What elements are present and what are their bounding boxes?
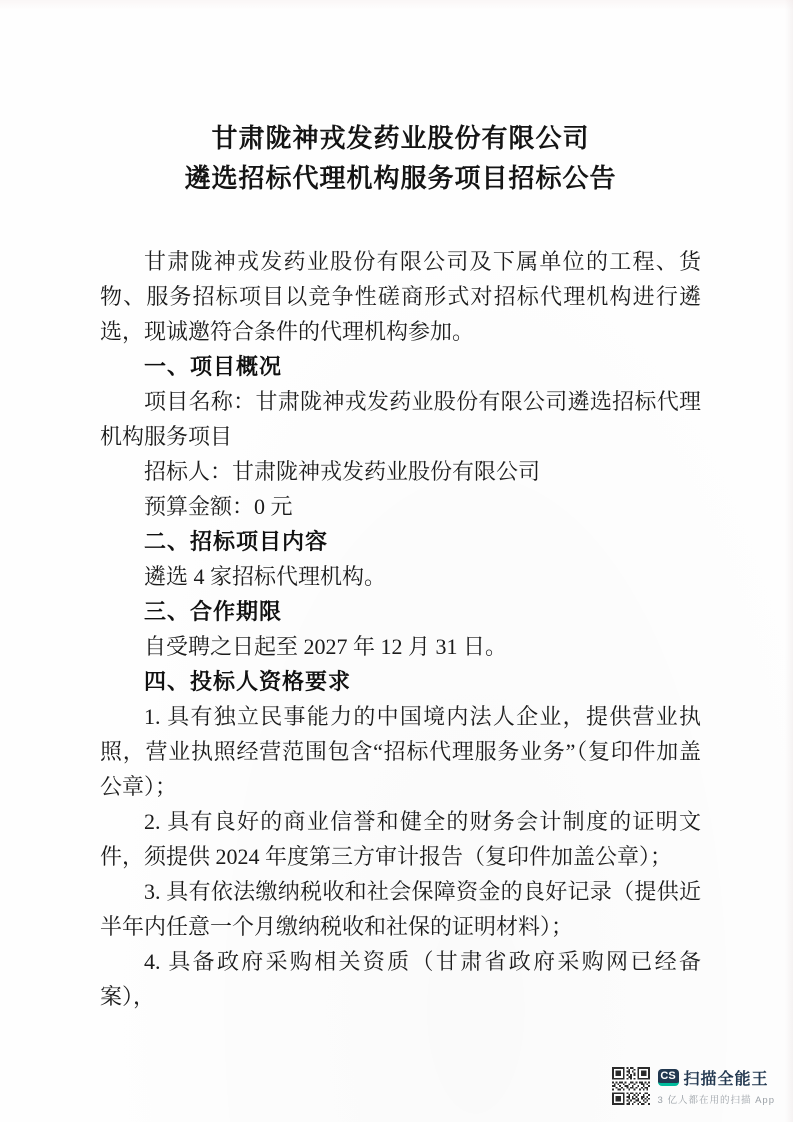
section-1-paragraph: 招标人：甘肃陇神戎发药业股份有限公司 — [100, 454, 701, 489]
section-2-heading: 二、招标项目内容 — [100, 524, 701, 559]
section-3-heading: 三、合作期限 — [100, 594, 701, 629]
section-1-paragraph: 预算金额：0 元 — [100, 489, 701, 524]
section-4-heading: 四、投标人资格要求 — [100, 664, 701, 699]
camscanner-watermark: CS 扫描全能王 3 亿人都在用的扫描 App — [612, 1066, 775, 1106]
section-4-paragraph: 2. 具有良好的商业信誉和健全的财务会计制度的证明文件，须提供 2024 年度第… — [100, 804, 701, 874]
camscanner-tagline: 3 亿人都在用的扫描 App — [658, 1092, 775, 1106]
section-4-paragraph: 4. 具备政府采购相关资质（甘肃省政府采购网已经备案）， — [100, 944, 701, 1014]
camscanner-logo-icon: CS — [658, 1069, 679, 1086]
document-title: 甘肃陇神戎发药业股份有限公司 遴选招标代理机构服务项目招标公告 — [100, 118, 701, 198]
intro-paragraph: 甘肃陇神戎发药业股份有限公司及下属单位的工程、货物、服务招标项目以竞争性磋商形式… — [100, 244, 701, 349]
document-body: 甘肃陇神戎发药业股份有限公司及下属单位的工程、货物、服务招标项目以竞争性磋商形式… — [100, 244, 701, 1014]
section-1-paragraph: 项目名称：甘肃陇神戎发药业股份有限公司遴选招标代理机构服务项目 — [100, 384, 701, 454]
title-line-2: 遴选招标代理机构服务项目招标公告 — [100, 158, 701, 198]
camscanner-app-name: 扫描全能王 — [684, 1066, 769, 1089]
section-1-heading: 一、项目概况 — [100, 349, 701, 384]
title-line-1: 甘肃陇神戎发药业股份有限公司 — [100, 118, 701, 158]
camscanner-label-block: CS 扫描全能王 3 亿人都在用的扫描 App — [658, 1066, 775, 1106]
scanned-document-page: 甘肃陇神戎发药业股份有限公司 遴选招标代理机构服务项目招标公告 甘肃陇神戎发药业… — [0, 0, 793, 1122]
qr-code-icon — [612, 1067, 650, 1105]
section-4-paragraph: 3. 具有依法缴纳税收和社会保障资金的良好记录（提供近半年内任意一个月缴纳税收和… — [100, 874, 701, 944]
document-content: 甘肃陇神戎发药业股份有限公司 遴选招标代理机构服务项目招标公告 甘肃陇神戎发药业… — [100, 118, 701, 1014]
section-4-paragraph: 1. 具有独立民事能力的中国境内法人企业，提供营业执照，营业执照经营范围包含“招… — [100, 699, 701, 804]
section-3-paragraph: 自受聘之日起至 2027 年 12 月 31 日。 — [100, 629, 701, 664]
section-2-paragraph: 遴选 4 家招标代理机构。 — [100, 559, 701, 594]
